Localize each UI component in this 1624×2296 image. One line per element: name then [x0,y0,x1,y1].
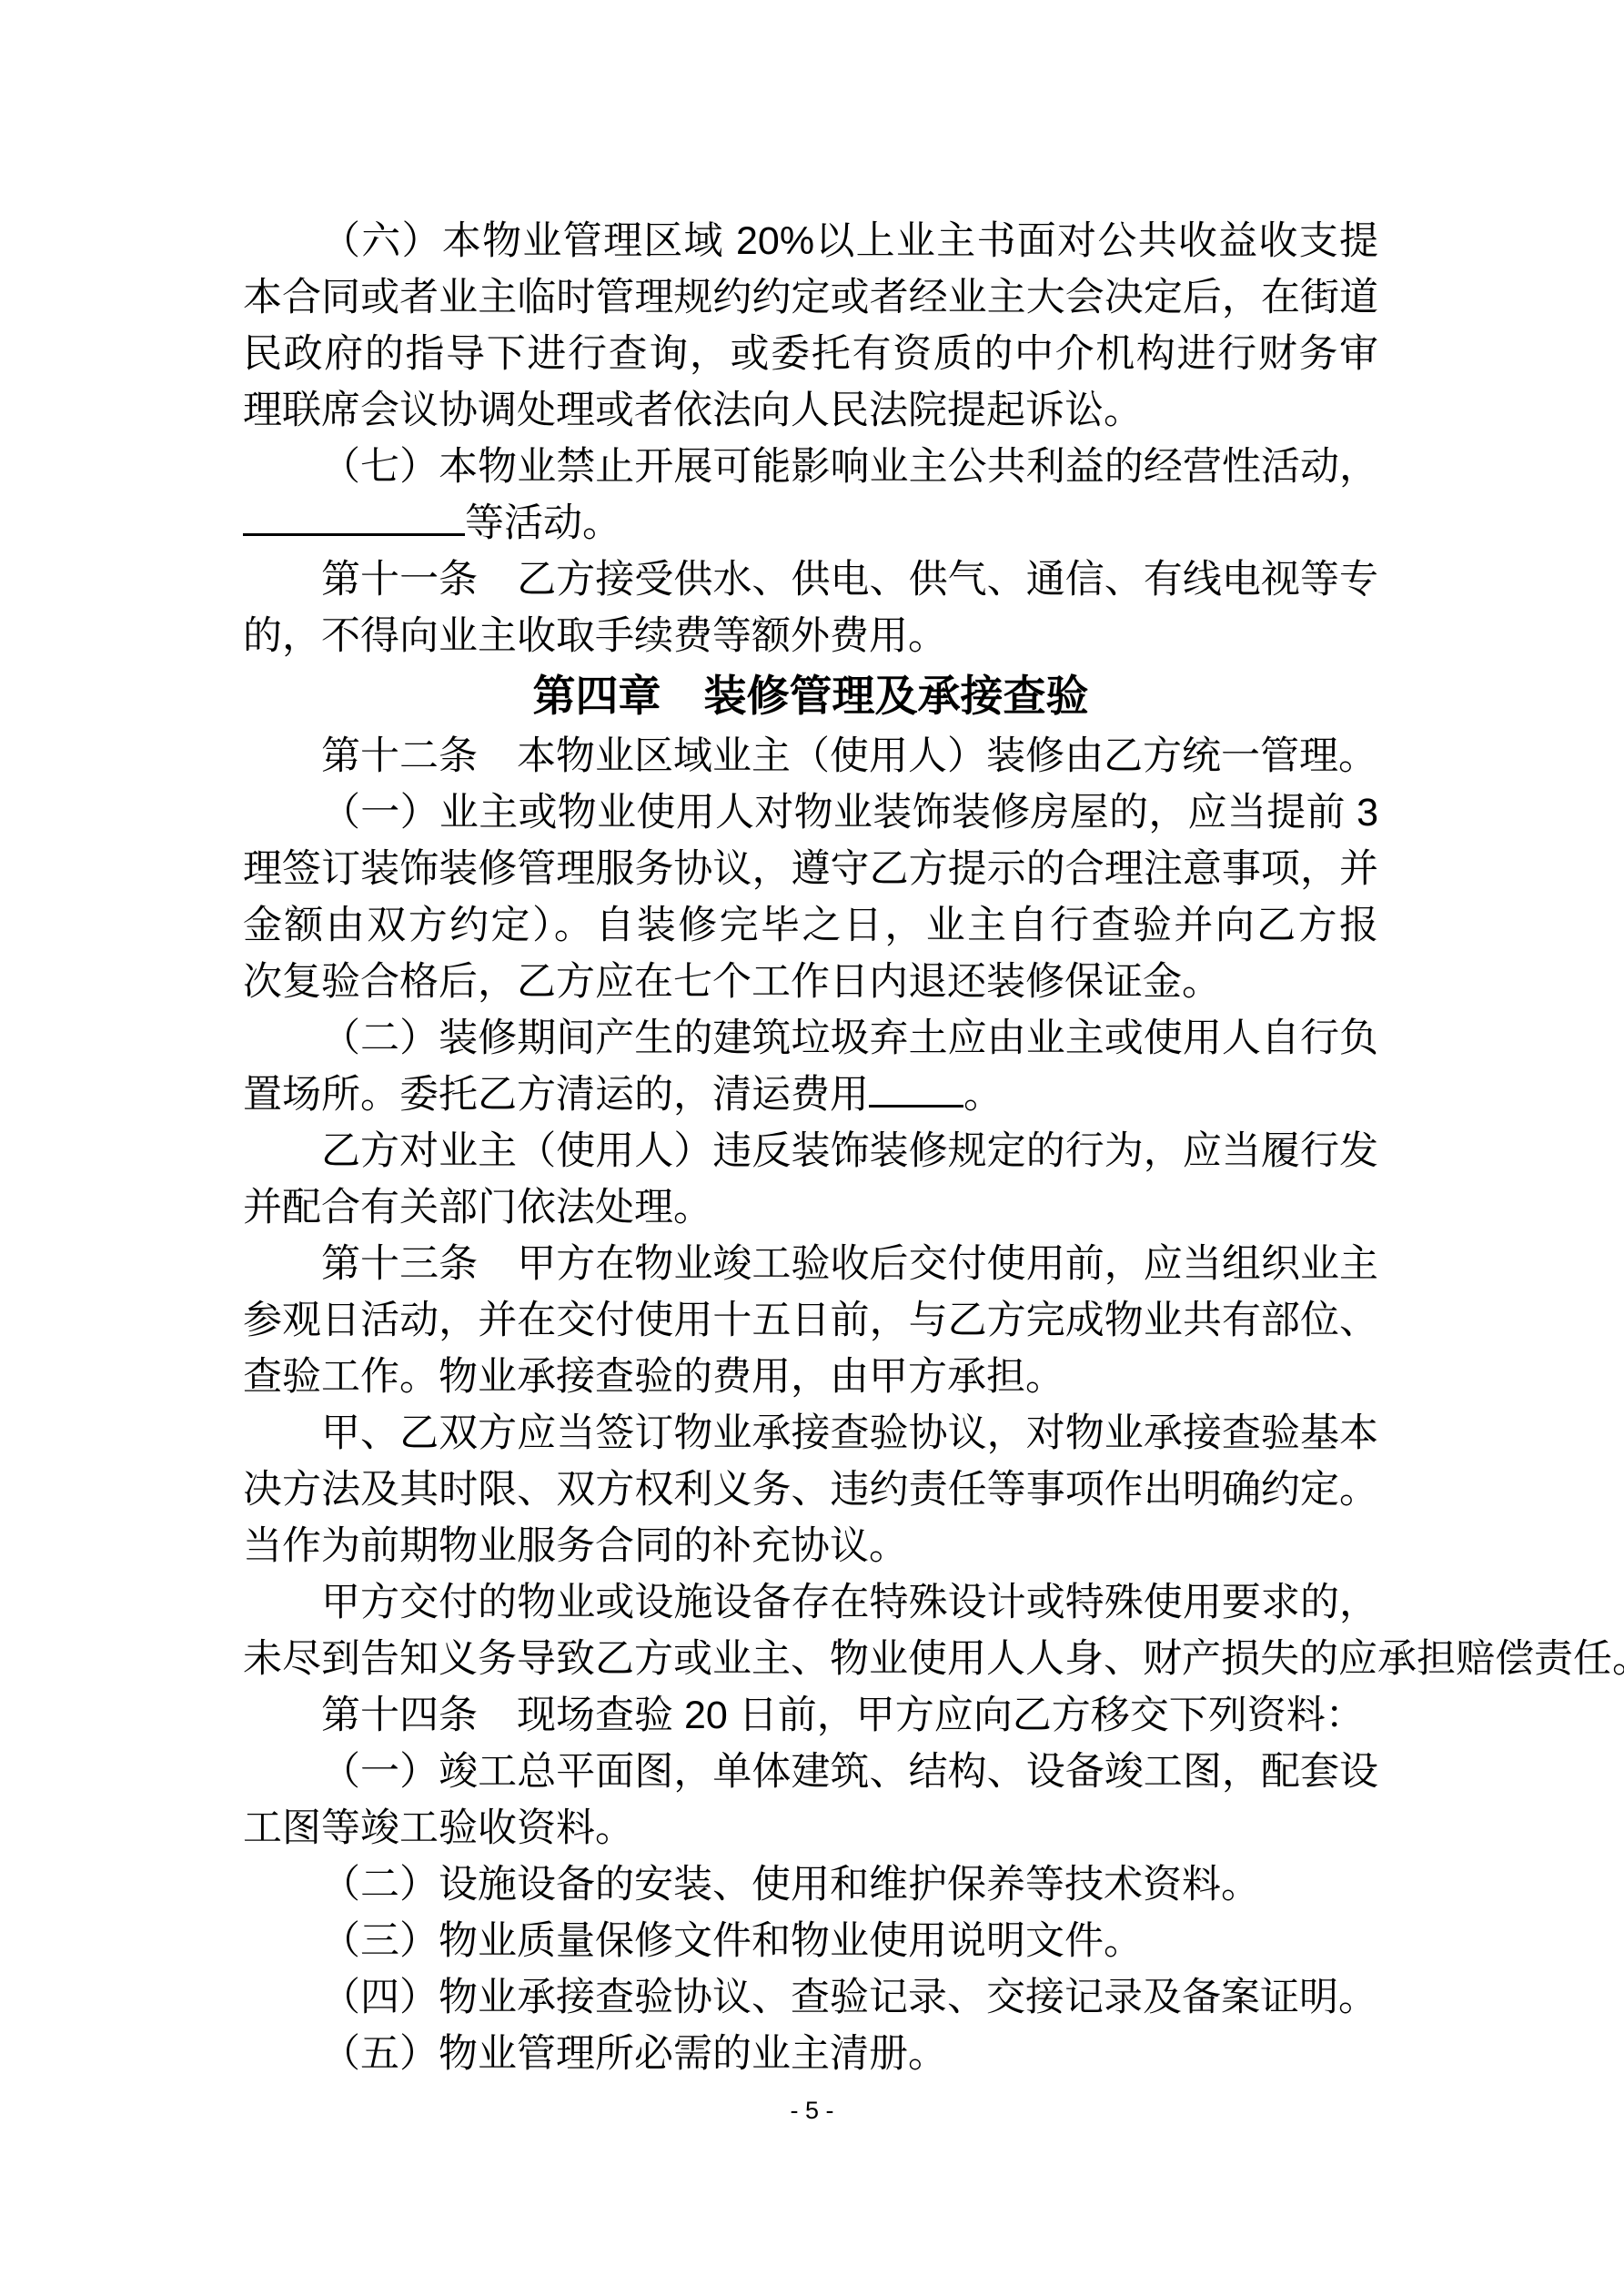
text-line: 工图等竣工验收资料。 [243,1800,1378,1856]
text-line: （一）竣工总平面图，单体建筑、结构、设备竣工图，配套设施、地下管网工程竣 [243,1744,1378,1800]
text-line: 理联席会议协调处理或者依法向人民法院提起诉讼。 [243,382,1378,439]
text-line: 第十四条 现场查验 20 日前，甲方应向乙方移交下列资料： [243,1687,1378,1744]
blank-underline [243,497,465,536]
page-number: - 5 - [0,2096,1624,2125]
text-line: 次复验合格后，乙方应在七个工作日内退还装修保证金。 [243,954,1378,1010]
text-line: 民政府的指导下进行查询，或委托有资质的中介机构进行财务审计，也可以申请物业管 [243,326,1378,382]
text-line: 等活动。 [243,495,1378,551]
line-text: 。 [963,1073,1003,1117]
text-line: （六）本物业管理区域 20%以上业主书面对公共收益收支提出异议的，可以根据 [243,213,1378,269]
text-line: 金额由双方约定）。自装修完毕之日，业主自行查验并向乙方报备，3 个月后经乙方二 [243,897,1378,954]
document-body: （六）本物业管理区域 20%以上业主书面对公共收益收支提出异议的，可以根据本合同… [243,213,1378,2082]
text-line: （二）装修期间产生的建筑垃圾弃土应由业主或使用人自行负责清运至市政垃圾处 [243,1010,1378,1067]
text-line: 并配合有关部门依法处理。 [243,1179,1378,1236]
text-line: （五）物业管理所必需的业主清册。 [243,2026,1378,2082]
text-line: （二）设施设备的安装、使用和维护保养等技术资料。 [243,1856,1378,1913]
text-line: 查验工作。物业承接查验的费用，由甲方承担。 [243,1349,1378,1405]
text-line: 理签订装饰装修管理服务协议，遵守乙方提示的合理注意事项，并交纳装修保证金（其 [243,841,1378,897]
text-line: 乙方对业主（使用人）违反装饰装修规定的行为，应当履行发现、劝阻、报告职责， [243,1123,1378,1179]
text-line: 当作为前期物业服务合同的补充协议。 [243,1518,1378,1574]
text-line: 决方法及其时限、双方权利义务、违约责任等事项作出明确约定。物业承接查验协议应 [243,1462,1378,1518]
document-page: （六）本物业管理区域 20%以上业主书面对公共收益收支提出异议的，可以根据本合同… [0,0,1624,2296]
line-text: 等活动。 [465,501,621,545]
blank-underline [869,1068,963,1108]
line-text: 置场所。委托乙方清运的，清运费用 [243,1073,869,1117]
text-line: 的，不得向业主收取手续费等额外费用。 [243,608,1378,664]
text-line: 未尽到告知义务导致乙方或业主、物业使用人人身、财产损失的应承担赔偿责任。 [243,1631,1378,1687]
text-line: 甲方交付的物业或设施设备存在特殊设计或特殊使用要求的，应告知乙方；因甲方 [243,1574,1378,1631]
text-line: 参观日活动，并在交付使用十五日前，与乙方完成物业共有部位、共有设施设备的承接 [243,1292,1378,1349]
text-line: 置场所。委托乙方清运的，清运费用。 [243,1067,1378,1123]
text-line: （四）物业承接查验协议、查验记录、交接记录及备案证明。 [243,1969,1378,2026]
chapter-heading: 第四章 装修管理及承接查验 [243,664,1378,728]
text-line: （三）物业质量保修文件和物业使用说明文件。 [243,1913,1378,1969]
text-line: 第十三条 甲方在物业竣工验收后交付使用前，应当组织业主开展物业开放日或者 [243,1236,1378,1292]
text-line: （七）本物业禁止开展可能影响业主公共利益的经营性活动，具体包括 [243,439,1378,495]
text-line: 第十二条 本物业区域业主（使用人）装修由乙方统一管理。 [243,728,1378,784]
text-line: 第十一条 乙方接受供水、供电、供气、通信、有线电视等专业单位委托代收费用 [243,551,1378,608]
text-line: 甲、乙双方应当签订物业承接查验协议，对物业承接查验基本情况、存在问题、解 [243,1405,1378,1462]
text-line: 本合同或者业主临时管理规约约定或者经业主大会决定后，在街道办事处、乡（镇）人 [243,269,1378,326]
text-line: （一）业主或物业使用人对物业装饰装修房屋的，应当提前 3 天到物业服务中心办 [243,784,1378,841]
